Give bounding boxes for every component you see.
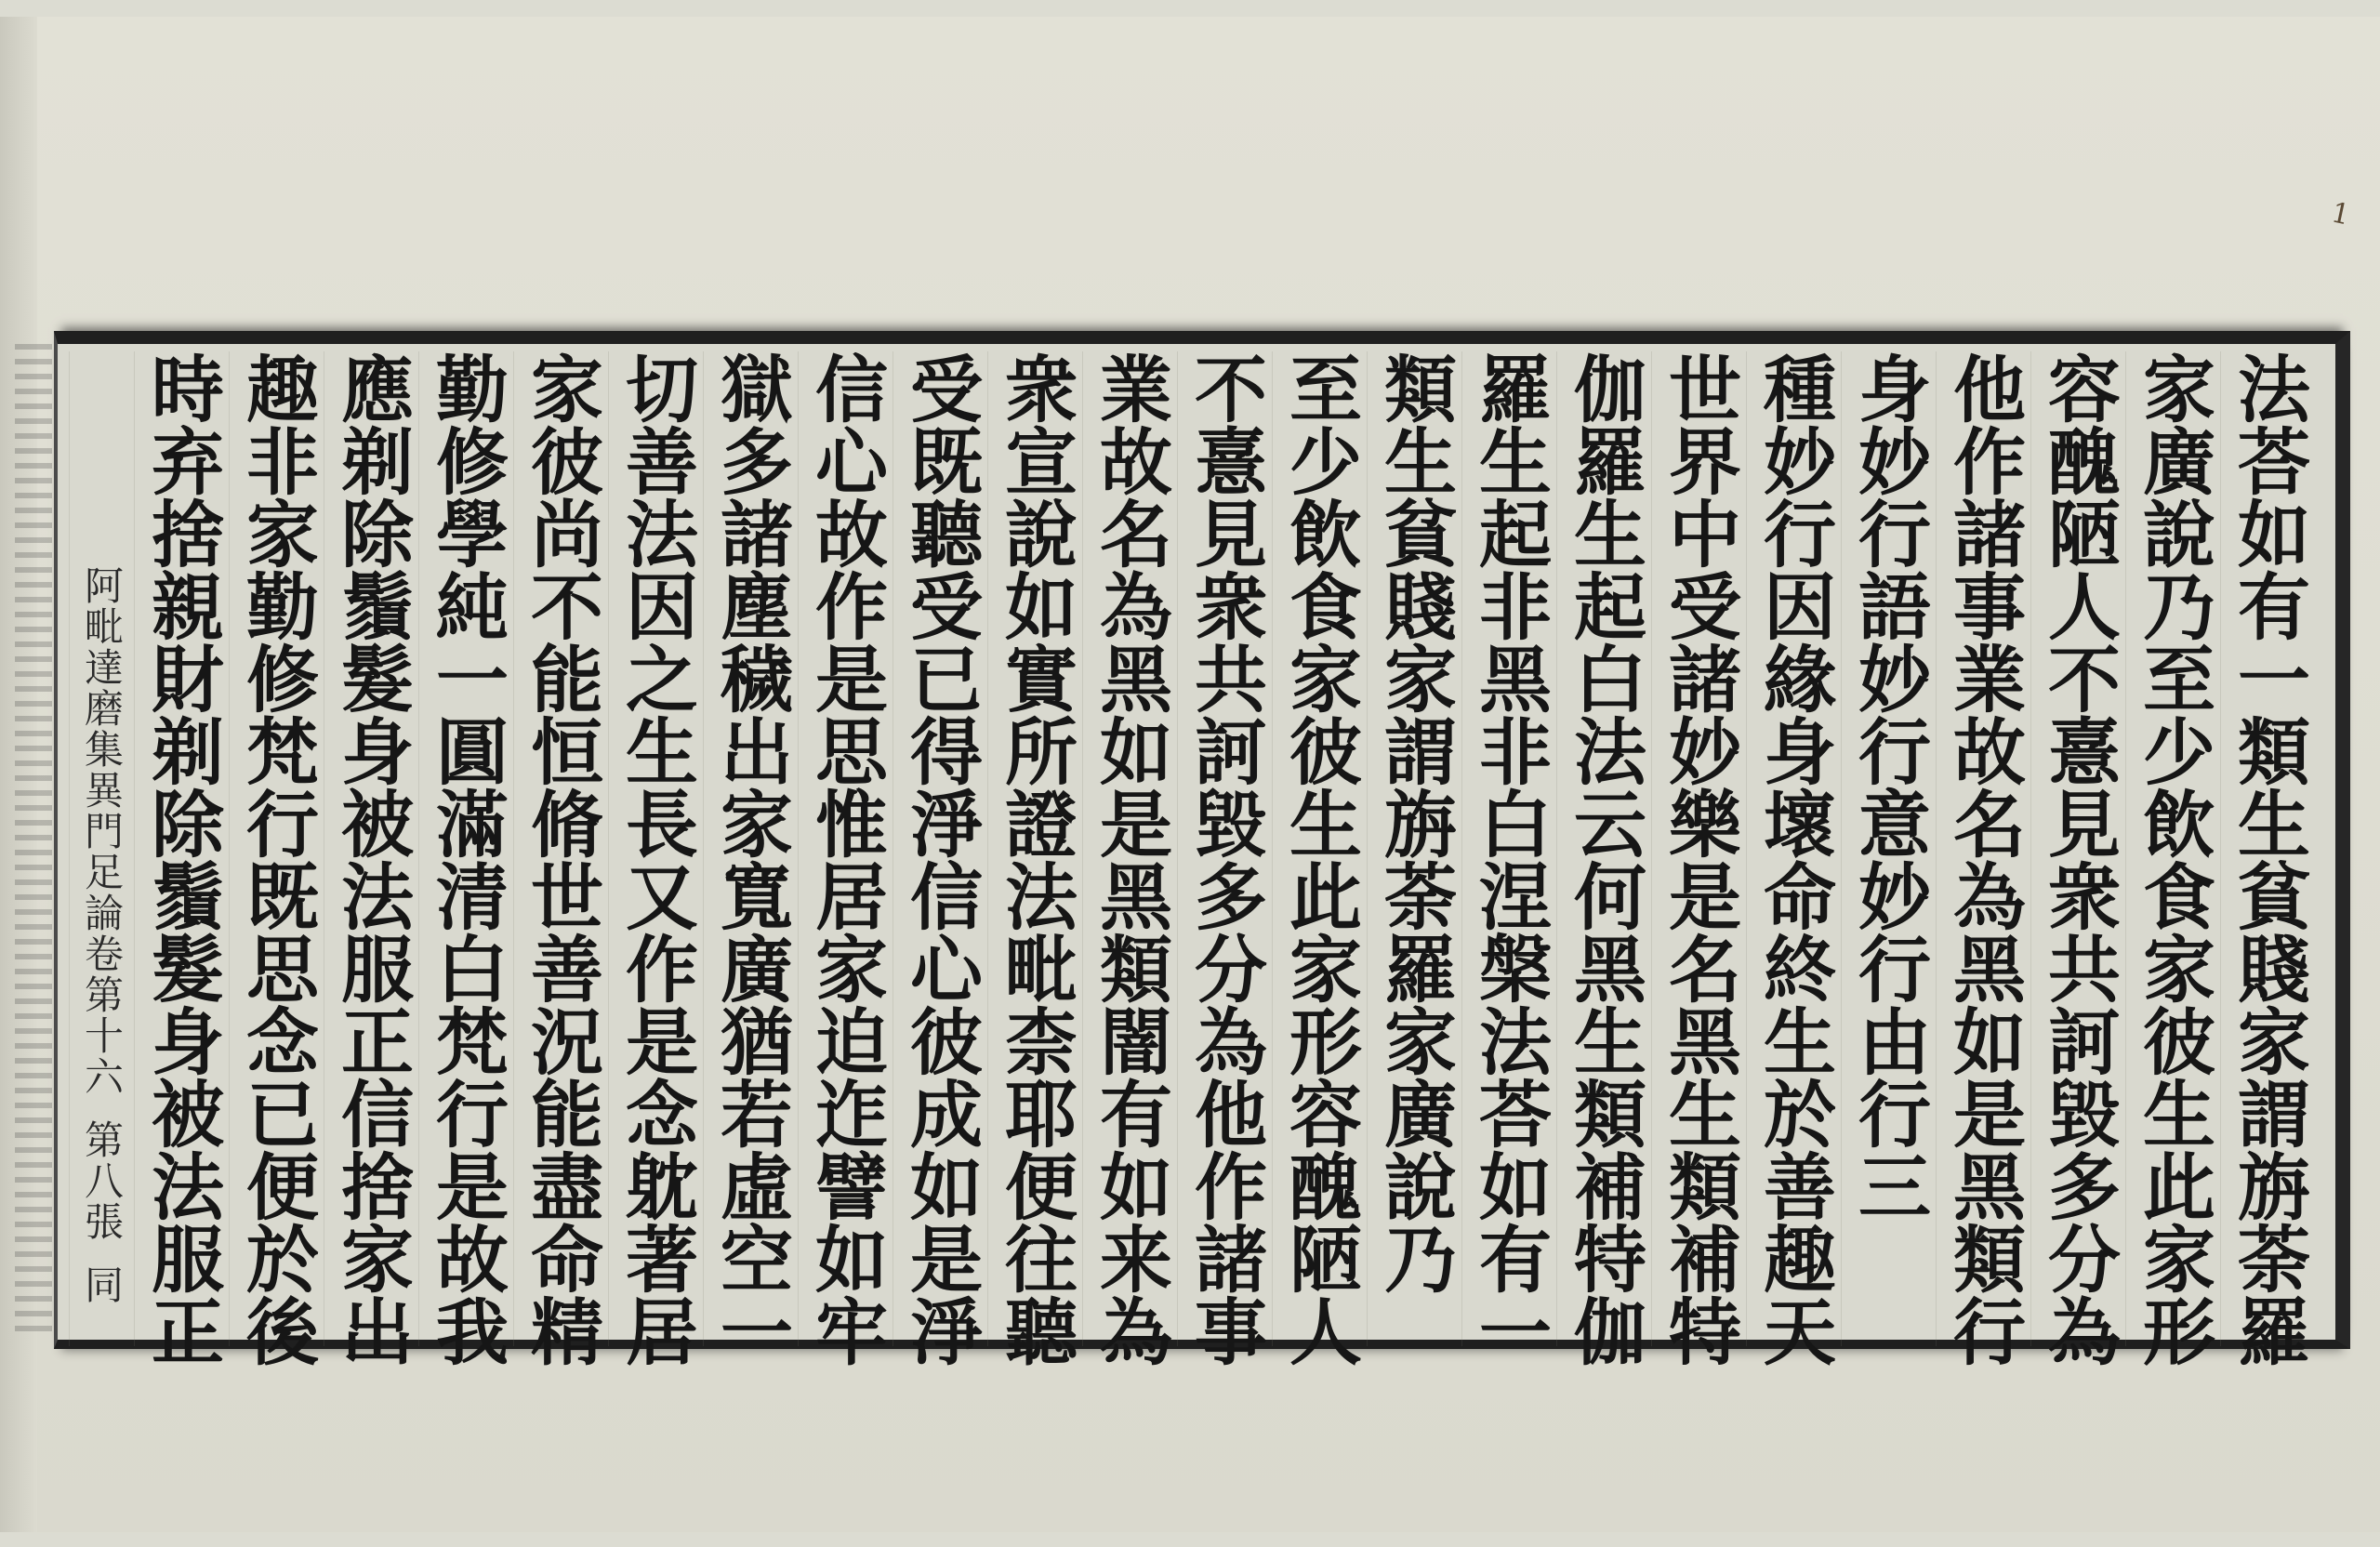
text-column-8: 伽羅生起白法云何黑生類補特伽 [1556, 351, 1651, 1346]
text-column-3: 容醜陋人不憙見衆共訶毀多分為 [2030, 351, 2125, 1346]
text-column-16: 信心故作是思惟居家迫迮譬如牢 [798, 351, 892, 1346]
text-column-19: 家彼尚不能恒脩世善況能盡命精 [513, 351, 608, 1346]
colophon-column: 阿毗達磨集異門足論卷第十六第八張同 [69, 351, 134, 1346]
text-column-14: 衆宣說如實所證法毗柰耶便往聽 [987, 351, 1082, 1346]
text-column-12: 不憙見衆共訶毀多分為他作諸事 [1177, 351, 1272, 1346]
text-column-23: 時弃捨親財剃除鬚髮身被法服正 [134, 351, 229, 1346]
text-column-18: 切善法因之生長又作是念躭著居 [608, 351, 703, 1346]
text-column-6: 種妙行因緣身壞命終生於善趣天 [1746, 351, 1841, 1346]
text-column-1: 法荅如有一類生貧賤家謂旃荼羅 [2220, 351, 2315, 1346]
colophon-mark: 同 [79, 1264, 125, 1305]
colophon-title: 阿毗達磨集異門足論卷第十六 [79, 565, 125, 1097]
text-column-20: 勤修學純一圓滿清白梵行是故我 [418, 351, 513, 1346]
text-column-5: 身妙行語妙行意妙行由行三 [1841, 351, 1936, 1346]
text-column-9: 羅生起非黑非白涅槃法荅如有一 [1461, 351, 1556, 1346]
text-columns: 法荅如有一類生貧賤家謂旃荼羅 家廣說乃至少飲食家彼生此家形 容醜陋人不憙見衆共訶… [69, 351, 2315, 1346]
text-column-21: 應剃除鬚髮身被法服正信捨家出 [324, 351, 418, 1346]
scanned-page: 1 法荅如有一類生貧賤家謂旃荼羅 家廣說乃至少飲食家彼生此家形 容醜陋人不憙見衆… [0, 17, 2380, 1532]
woodblock-print-frame: 法荅如有一類生貧賤家謂旃荼羅 家廣說乃至少飲食家彼生此家形 容醜陋人不憙見衆共訶… [54, 331, 2350, 1349]
text-column-11: 至少飲食家彼生此家形容醜陋人 [1272, 351, 1367, 1346]
text-column-2: 家廣說乃至少飲食家彼生此家形 [2125, 351, 2220, 1346]
page-mark: 1 [2329, 196, 2353, 231]
text-column-13: 業故名為黑如是黑類闇有如来為 [1082, 351, 1177, 1346]
text-column-4: 他作諸事業故名為黑如是黑類行 [1936, 351, 2030, 1346]
text-column-22: 趣非家勤修梵行既思念已便於後 [229, 351, 324, 1346]
text-column-7: 世界中受諸妙樂是名黑生類補特 [1651, 351, 1746, 1346]
colophon-sheet: 第八張 [79, 1119, 125, 1242]
text-column-15: 受既聽受已得淨信心彼成如是淨 [892, 351, 987, 1346]
text-column-17: 獄多諸塵穢出家寬廣猶若虛空一 [703, 351, 798, 1346]
text-column-10: 類生貧賤家謂旃荼羅家廣說乃 [1367, 351, 1461, 1346]
